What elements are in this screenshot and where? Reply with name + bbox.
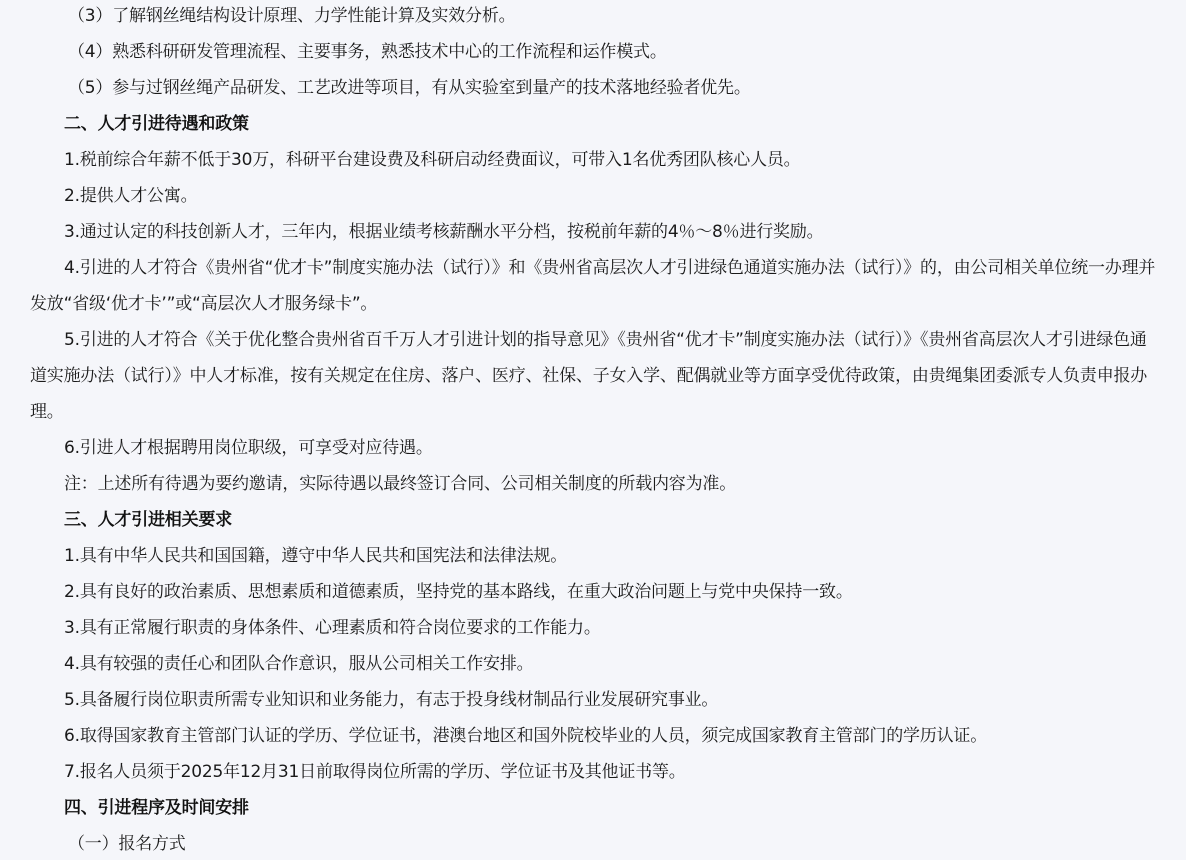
requirement-item-4: （4）熟悉科研研发管理流程、主要事务，熟悉技术中心的工作流程和运作模式。	[30, 34, 1156, 70]
requirement-item-5: （5）参与过钢丝绳产品研发、工艺改进等项目，有从实验室到量产的技术落地经验者优先…	[30, 70, 1156, 106]
requirement-2: 2.具有良好的政治素质、思想素质和道德素质，坚持党的基本路线，在重大政治问题上与…	[30, 574, 1156, 610]
requirement-item-3: （3）了解钢丝绳结构设计原理、力学性能计算及实效分析。	[30, 0, 1156, 34]
section-heading-procedure: 四、引进程序及时间安排	[30, 790, 1156, 826]
requirement-3: 3.具有正常履行职责的身体条件、心理素质和符合岗位要求的工作能力。	[30, 610, 1156, 646]
benefit-item-3: 3.通过认定的科技创新人才，三年内，根据业绩考核薪酬水平分档，按税前年薪的4％～…	[30, 214, 1156, 250]
benefit-item-4: 4.引进的人才符合《贵州省“优才卡”制度实施办法（试行）》和《贵州省高层次人才引…	[30, 250, 1156, 322]
section-heading-benefits: 二、人才引进待遇和政策	[30, 106, 1156, 142]
benefit-item-6: 6.引进人才根据聘用岗位职级，可享受对应待遇。	[30, 430, 1156, 466]
benefit-item-1: 1.税前综合年薪不低于30万，科研平台建设费及科研启动经费面议，可带入1名优秀团…	[30, 142, 1156, 178]
benefit-item-5: 5.引进的人才符合《关于优化整合贵州省百千万人才引进计划的指导意见》《贵州省“优…	[30, 322, 1156, 430]
benefit-note: 注：上述所有待遇为要约邀请，实际待遇以最终签订合同、公司相关制度的所载内容为准。	[30, 466, 1156, 502]
requirement-6: 6.取得国家教育主管部门认证的学历、学位证书，港澳台地区和国外院校毕业的人员，须…	[30, 718, 1156, 754]
benefit-item-2: 2.提供人才公寓。	[30, 178, 1156, 214]
requirement-1: 1.具有中华人民共和国国籍，遵守中华人民共和国宪法和法律法规。	[30, 538, 1156, 574]
subsection-registration-method: （一）报名方式	[30, 826, 1156, 860]
requirement-7: 7.报名人员须于2025年12月31日前取得岗位所需的学历、学位证书及其他证书等…	[30, 754, 1156, 790]
document-body: （3）了解钢丝绳结构设计原理、力学性能计算及实效分析。 （4）熟悉科研研发管理流…	[0, 0, 1186, 860]
requirement-4: 4.具有较强的责任心和团队合作意识，服从公司相关工作安排。	[30, 646, 1156, 682]
section-heading-requirements: 三、人才引进相关要求	[30, 502, 1156, 538]
requirement-5: 5.具备履行岗位职责所需专业知识和业务能力，有志于投身线材制品行业发展研究事业。	[30, 682, 1156, 718]
